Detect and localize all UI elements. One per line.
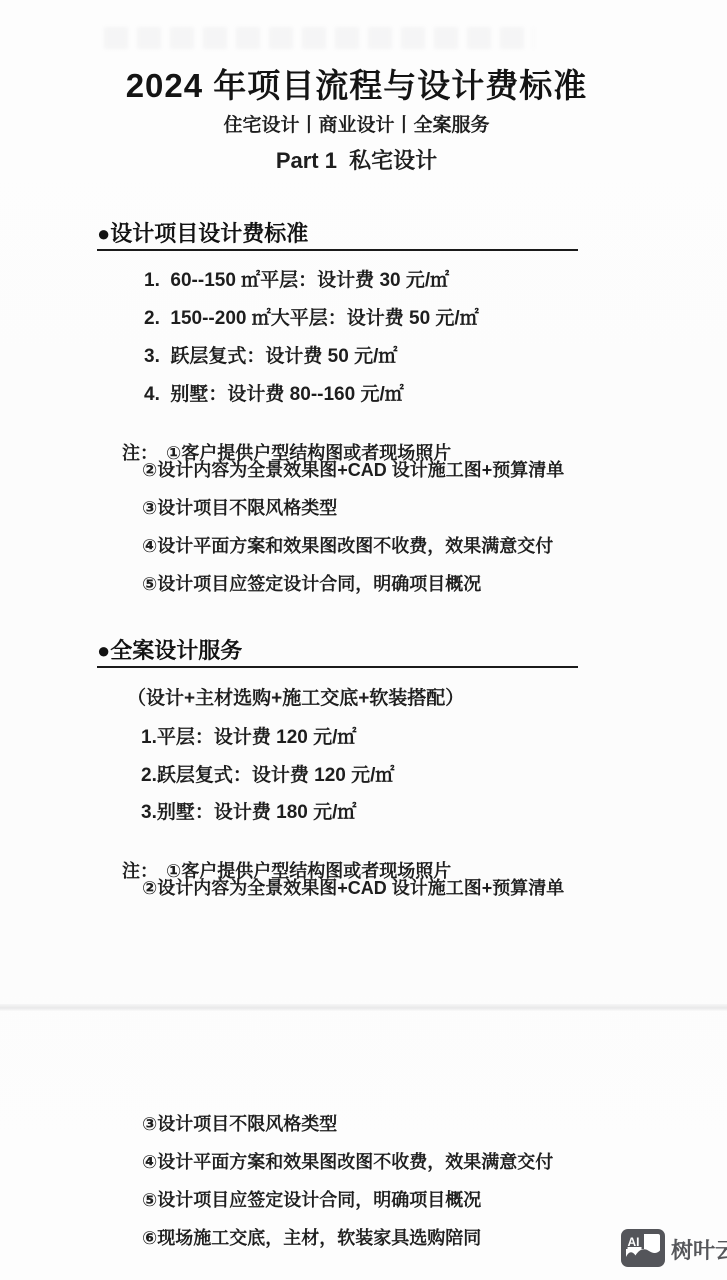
section-heading-design-fee: ●设计项目设计费标准 [97, 222, 578, 251]
ai-image-icon: AI [620, 1226, 666, 1273]
note-text: ⑥现场施工交底，主材，软装家具选购陪同 [142, 1224, 481, 1250]
page-subtitle: 住宅设计丨商业设计丨全案服务 [0, 110, 713, 137]
note-text: ②设计内容为全景效果图+CAD 设计施工图+预算清单 [142, 874, 564, 900]
document-page: 2024 年项目流程与设计费标准 住宅设计丨商业设计丨全案服务 Part 1 私… [0, 0, 727, 1280]
fee-item: 3.别墅：设计费 180 元/㎡ [141, 797, 356, 824]
watermark: AI 树叶云 [620, 1226, 727, 1273]
fee-item: 3. 跃层复式：设计费 50 元/㎡ [144, 341, 397, 368]
fee-item: 2. 150--200 ㎡大平层：设计费 50 元/㎡ [144, 303, 479, 330]
note-text: ⑤设计项目应签定设计合同，明确项目概况 [142, 1186, 481, 1212]
page-break-divider [0, 1004, 727, 1011]
fee-item: 4. 别墅：设计费 80--160 元/㎡ [144, 379, 404, 406]
fee-item: 1. 60--150 ㎡平层：设计费 30 元/㎡ [144, 265, 449, 292]
note-text: ③设计项目不限风格类型 [142, 1110, 337, 1136]
note-text: ③设计项目不限风格类型 [142, 494, 337, 520]
fee-item: 2.跃层复式：设计费 120 元/㎡ [141, 760, 394, 787]
note-text: ②设计内容为全景效果图+CAD 设计施工图+预算清单 [142, 456, 564, 482]
fee-item: 1.平层：设计费 120 元/㎡ [141, 722, 356, 749]
note-text: ④设计平面方案和效果图改图不收费，效果满意交付 [142, 1148, 553, 1174]
section-heading-full-service: ●全案设计服务 [97, 639, 578, 668]
note-text: ④设计平面方案和效果图改图不收费，效果满意交付 [142, 532, 553, 558]
ghost-text-artifact [104, 27, 534, 49]
svg-text:AI: AI [628, 1235, 640, 1249]
service-scope: （设计+主材选购+施工交底+软装搭配） [127, 683, 464, 710]
part-label: Part 1 私宅设计 [0, 144, 713, 175]
watermark-label: 树叶云 [671, 1234, 727, 1265]
page-title: 2024 年项目流程与设计费标准 [0, 60, 713, 107]
note-text: ⑤设计项目应签定设计合同，明确项目概况 [142, 570, 481, 596]
